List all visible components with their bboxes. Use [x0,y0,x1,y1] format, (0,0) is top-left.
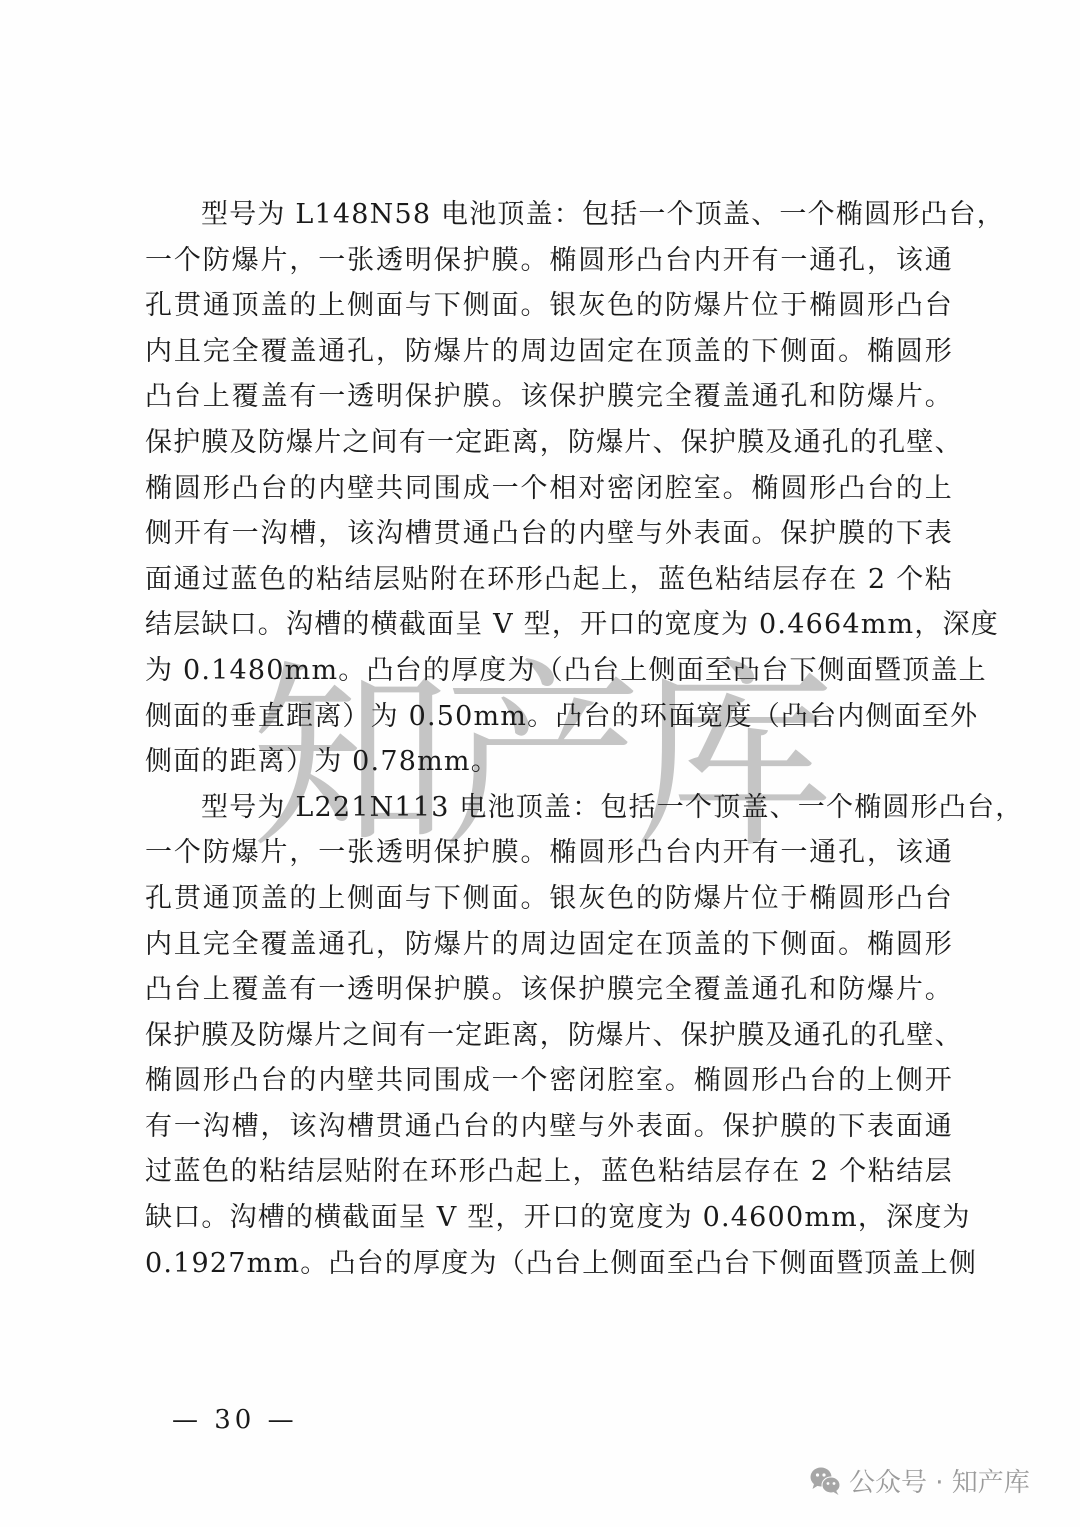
text-line: 保护膜及防爆片之间有一定距离，防爆片、保护膜及通孔的孔壁、 [145,420,953,466]
text-line: 内且完全覆盖通孔，防爆片的周边固定在顶盖的下侧面。椭圆形 [145,922,953,968]
brand-label: 公众号 · 知产库 [849,1462,1030,1499]
text-line: 孔贯通顶盖的上侧面与下侧面。银灰色的防爆片位于椭圆形凸台 [145,876,953,922]
paragraph-l221n113: 型号为 L221N113 电池顶盖：包括一个顶盖、一个椭圆形凸台， 一个防爆片，… [145,785,953,1287]
text-line: 面通过蓝色的粘结层贴附在环形凸起上，蓝色粘结层存在 2 个粘 [145,557,953,603]
text-line: 0.1927mm。凸台的厚度为（凸台上侧面至凸台下侧面暨顶盖上侧 [145,1241,953,1287]
text-line: 型号为 L148N58 电池顶盖：包括一个顶盖、一个椭圆形凸台， [145,192,953,238]
wechat-icon [809,1464,841,1496]
text-line: 凸台上覆盖有一透明保护膜。该保护膜完全覆盖通孔和防爆片。 [145,967,953,1013]
text-line: 凸台上覆盖有一透明保护膜。该保护膜完全覆盖通孔和防爆片。 [145,374,953,420]
text-line: 孔贯通顶盖的上侧面与下侧面。银灰色的防爆片位于椭圆形凸台 [145,283,953,329]
text-line: 侧开有一沟槽，该沟槽贯通凸台的内壁与外表面。保护膜的下表 [145,511,953,557]
text-line: 椭圆形凸台的内壁共同围成一个相对密闭腔室。椭圆形凸台的上 [145,466,953,512]
text-line: 为 0.1480mm。凸台的厚度为（凸台上侧面至凸台下侧面暨顶盖上 [145,648,953,694]
text-line: 保护膜及防爆片之间有一定距离，防爆片、保护膜及通孔的孔壁、 [145,1013,953,1059]
document-page: 知产库 型号为 L148N58 电池顶盖：包括一个顶盖、一个椭圆形凸台， 一个防… [0,0,1080,1527]
wechat-brand-watermark: 公众号 · 知产库 [845,1462,1030,1499]
text-line: 过蓝色的粘结层贴附在环形凸起上，蓝色粘结层存在 2 个粘结层 [145,1149,953,1195]
text-line: 侧面的垂直距离）为 0.50mm。凸台的环面宽度（凸台内侧面至外 [145,694,953,740]
text-line: 型号为 L221N113 电池顶盖：包括一个顶盖、一个椭圆形凸台， [145,785,953,831]
text-line: 缺口。沟槽的横截面呈 V 型，开口的宽度为 0.4600mm，深度为 [145,1195,953,1241]
document-body: 型号为 L148N58 电池顶盖：包括一个顶盖、一个椭圆形凸台， 一个防爆片，一… [145,192,953,1286]
text-line: 一个防爆片，一张透明保护膜。椭圆形凸台内开有一通孔，该通 [145,238,953,284]
text-line: 结层缺口。沟槽的横截面呈 V 型，开口的宽度为 0.4664mm，深度 [145,602,953,648]
page-number: — 30 — [172,1400,298,1440]
text-line: 内且完全覆盖通孔，防爆片的周边固定在顶盖的下侧面。椭圆形 [145,329,953,375]
paragraph-l148n58: 型号为 L148N58 电池顶盖：包括一个顶盖、一个椭圆形凸台， 一个防爆片，一… [145,192,953,785]
text-line: 有一沟槽，该沟槽贯通凸台的内壁与外表面。保护膜的下表面通 [145,1104,953,1150]
text-line: 椭圆形凸台的内壁共同围成一个密闭腔室。椭圆形凸台的上侧开 [145,1058,953,1104]
text-line: 侧面的距离）为 0.78mm。 [145,739,953,785]
text-line: 一个防爆片，一张透明保护膜。椭圆形凸台内开有一通孔，该通 [145,830,953,876]
